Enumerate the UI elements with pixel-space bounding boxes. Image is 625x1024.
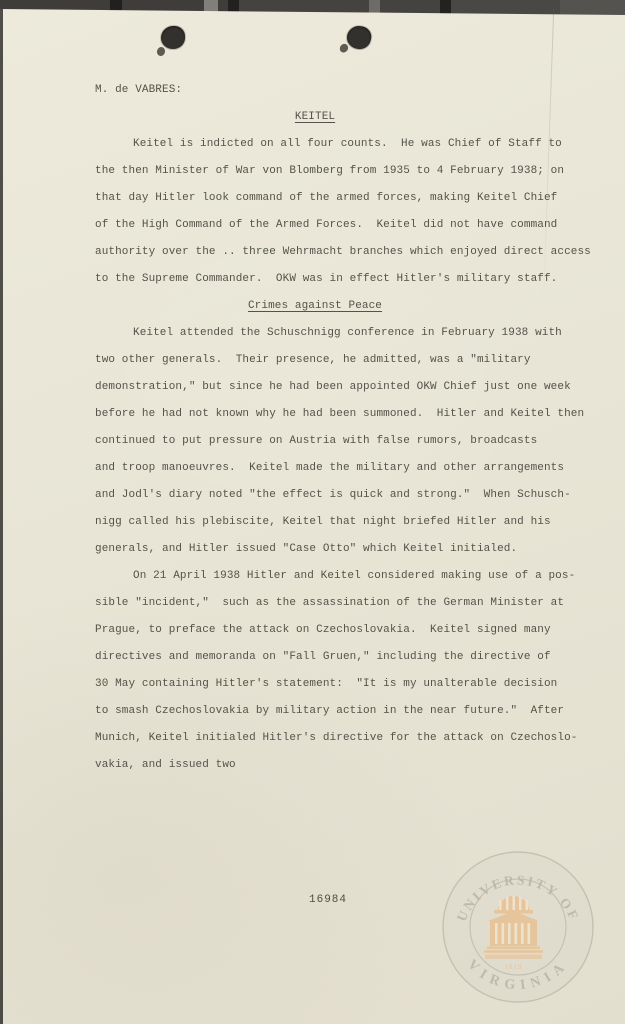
text-line: that day Hitler look command of the arme… <box>95 185 535 212</box>
page-number: 16984 <box>309 894 347 906</box>
text-line: vakia, and issued two <box>95 752 535 779</box>
text-line: On 21 April 1938 Hitler and Keitel consi… <box>95 563 535 590</box>
text-line: of the High Command of the Armed Forces.… <box>95 212 535 239</box>
text-line: directives and memoranda on "Fall Gruen,… <box>95 644 535 671</box>
text-line: the then Minister of War von Blomberg fr… <box>95 158 535 185</box>
text-line: Munich, Keitel initialed Hitler's direct… <box>95 725 535 752</box>
section-heading: Crimes against Peace <box>95 293 535 320</box>
text-line: sible "incident," such as the assassinat… <box>95 590 535 617</box>
document-page: M. de VABRES: KEITEL Keitel is indicted … <box>0 0 625 1024</box>
text-line: nigg called his plebiscite, Keitel that … <box>95 509 535 536</box>
text-line: before he had not known why he had been … <box>95 401 535 428</box>
text-line: to the Supreme Commander. OKW was in eff… <box>95 266 535 293</box>
seal-year: 1819 <box>505 963 523 971</box>
paper-crease <box>543 8 554 308</box>
text-line: authority over the .. three Wehrmacht br… <box>95 239 535 266</box>
text-line: 30 May containing Hitler's statement: "I… <box>95 671 535 698</box>
text-line: Prague, to preface the attack on Czechos… <box>95 617 535 644</box>
university-of-virginia-watermark: UNIVERSITY OF VIRGINIA 1819 <box>438 846 598 1006</box>
document-title: KEITEL <box>95 104 535 131</box>
punch-hole-left <box>161 26 185 49</box>
punch-hole-right <box>345 23 374 51</box>
text-line: to smash Czechoslovakia by military acti… <box>95 698 535 725</box>
text-line: Keitel attended the Schuschnigg conferen… <box>95 320 535 347</box>
text-line: and troop manoeuvres. Keitel made the mi… <box>95 455 535 482</box>
scan-top-edge <box>0 0 625 16</box>
scan-left-edge <box>0 0 3 1024</box>
text-line: demonstration," but since he had been ap… <box>95 374 535 401</box>
typewritten-text: M. de VABRES: KEITEL Keitel is indicted … <box>95 77 535 779</box>
text-line: two other generals. Their presence, he a… <box>95 347 535 374</box>
addressee-line: M. de VABRES: <box>95 77 535 104</box>
text-line: continued to put pressure on Austria wit… <box>95 428 535 455</box>
text-line: generals, and Hitler issued "Case Otto" … <box>95 536 535 563</box>
text-line: Keitel is indicted on all four counts. H… <box>95 131 535 158</box>
text-line: and Jodl's diary noted "the effect is qu… <box>95 482 535 509</box>
